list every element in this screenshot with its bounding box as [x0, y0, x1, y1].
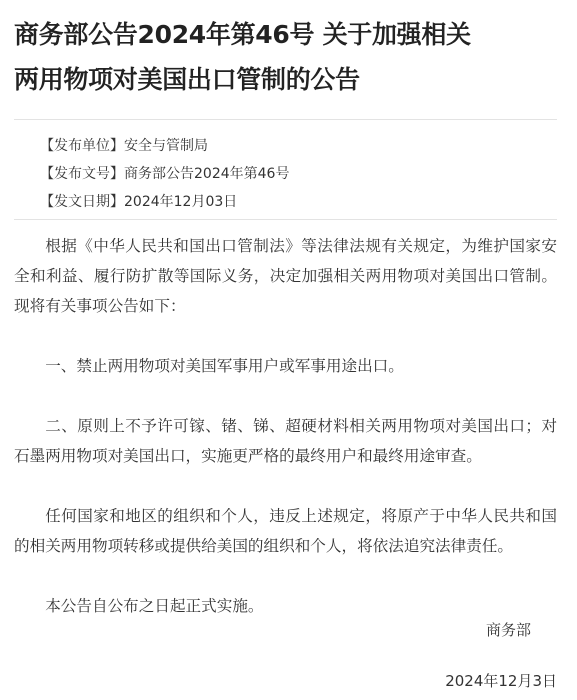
paragraph-spacer [14, 471, 557, 501]
meta-document-number: 【发布文号】商务部公告2024年第46号 [40, 160, 289, 188]
signature-date: 2024年12月3日 [14, 666, 557, 696]
paragraph-spacer [14, 321, 557, 351]
meta-value: 商务部公告2024年第46号 [124, 166, 289, 182]
paragraph-item-1: 一、禁止两用物项对美国军事用户或军事用途出口。 [14, 351, 557, 381]
paragraph-spacer [14, 381, 557, 411]
meta-label: 【发文日期】 [40, 194, 124, 210]
title-line-2: 两用物项对美国出口管制的公告 [14, 65, 360, 94]
meta-label: 【发布文号】 [40, 166, 124, 182]
meta-value: 安全与管制局 [124, 138, 208, 154]
divider-top [14, 119, 557, 120]
announcement-page: 商务部公告2024年第46号 关于加强相关 两用物项对美国出口管制的公告 【发布… [14, 0, 557, 102]
page-title: 商务部公告2024年第46号 关于加强相关 两用物项对美国出口管制的公告 [14, 0, 557, 102]
meta-issue-date: 【发文日期】2024年12月03日 [40, 188, 289, 216]
paragraph-preamble: 根据《中华人民共和国出口管制法》等法律法规有关规定，为维护国家安全和利益、履行防… [14, 231, 557, 321]
meta-issuing-unit: 【发布单位】安全与管制局 [40, 132, 289, 160]
signature-organization: 商务部 [14, 615, 557, 645]
meta-value: 2024年12月03日 [124, 194, 237, 210]
paragraph-liability: 任何国家和地区的组织和个人，违反上述规定，将原产于中华人民共和国的相关两用物项转… [14, 501, 557, 561]
paragraph-spacer [14, 561, 557, 591]
title-line-1: 商务部公告2024年第46号 关于加强相关 [14, 20, 471, 49]
meta-label: 【发布单位】 [40, 138, 124, 154]
meta-info: 【发布单位】安全与管制局 【发布文号】商务部公告2024年第46号 【发文日期】… [40, 132, 289, 216]
announcement-body: 根据《中华人民共和国出口管制法》等法律法规有关规定，为维护国家安全和利益、履行防… [14, 231, 557, 621]
divider-bottom [14, 219, 557, 220]
paragraph-item-2: 二、原则上不予许可镓、锗、锑、超硬材料相关两用物项对美国出口；对石墨两用物项对美… [14, 411, 557, 471]
